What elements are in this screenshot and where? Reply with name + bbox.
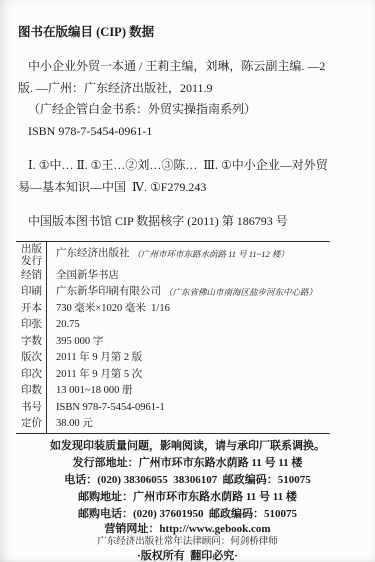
row-value: 2011 年 9 月第 5 次 [47,367,142,384]
table-row-printer: 印刷 广东新华印刷有限公司（广东省佛山市南海区盐步河东中心路） [16,284,330,301]
table-row-sheets: 印张 20.75 [16,317,330,334]
row-note: （广东省佛山市南海区盐步河东中心路） [164,284,317,301]
row-label: 印刷 [16,284,47,301]
classification-paragraph: Ⅰ. ①中… Ⅱ. ①王…②刘…③陈… Ⅲ. ①中小企业—对外贸 易—基本知识—… [18,155,361,198]
footer-line-distribution-address: 发行部地址：广州市环市东路水荫路 11 号 11 楼 [0,455,375,472]
footer-line-quality-notice: 如发现印装质量问题，影响阅读，请与承印厂联系调换。 [0,438,375,455]
row-label: 定价 [16,416,47,433]
row-label: 开本 [16,301,47,318]
row-label: 印张 [16,317,47,334]
row-value-text: 20.75 [56,317,80,334]
table-row-word-count: 字数 395 000 字 [16,334,330,351]
footer-section: 如发现印装质量问题，影响阅读，请与承印厂联系调换。 发行部地址：广州市环市东路水… [0,438,375,562]
row-value: 20.75 [47,317,80,334]
row-value: 13 001~18 000 册 [47,383,133,400]
row-value: 全国新华书店 [47,268,119,285]
row-label: 字数 [16,334,47,351]
row-value-text: 2011 年 9 月第 2 版 [56,350,142,367]
row-value: 广东新华印刷有限公司（广东省佛山市南海区盐步河东中心路） [47,284,317,301]
book-title-line: 中小企业外贸一本通 / 王莉主编，刘琳，陈云副主编. —2 [18,56,361,78]
row-value: 广东经济出版社（广州市环市东路水荫路 11 号 11~12 楼） [47,242,289,268]
row-value-text: 38.00 元 [56,416,93,433]
footer-line-mail-order-address: 邮购地址：广州市环市东路水荫路 11 号 11 楼 [0,489,375,506]
table-row-distributor: 经销 全国新华书店 [16,268,330,285]
table-row-format: 开本 730 毫米×1020 毫米 1/16 [16,301,330,318]
row-value: 730 毫米×1020 毫米 1/16 [47,301,170,318]
table-row-impression: 印次 2011 年 9 月第 5 次 [16,367,330,384]
row-value-text: 13 001~18 000 册 [56,383,133,400]
table-row-edition: 版次 2011 年 9 月第 2 版 [16,350,330,367]
row-value-text: 广东经济出版社 [56,246,130,263]
row-value-text: 730 毫米×1020 毫米 1/16 [56,301,170,318]
row-value-text: 广东新华印刷有限公司 [56,284,161,301]
cip-data-section: 图书在版编目 (CIP) 数据 中小企业外贸一本通 / 王莉主编，刘琳，陈云副主… [0,0,375,233]
footer-line-mail-order-phone: 邮购电话：(020) 37601950 邮政编码：510075 [0,506,375,523]
cip-record-paragraph: 中小企业外贸一本通 / 王莉主编，刘琳，陈云副主编. —2 版. —广州：广东经… [18,56,361,142]
row-label: 印次 [16,367,47,384]
row-value: ISBN 978-7-5454-0961-1 [47,400,165,417]
row-value-text: 395 000 字 [56,334,103,351]
row-label: 版次 [16,350,47,367]
footer-line-website: 营销网址：http://www.gebook.com [0,523,375,537]
classification-line-1: Ⅰ. ①中… Ⅱ. ①王…②刘…③陈… Ⅲ. ①中小企业—对外贸 [18,155,361,177]
row-label: 书号 [16,400,47,417]
row-note: （广州市环市东路水荫路 11 号 11~12 楼） [133,246,289,263]
registry-paragraph: 中国版本图书馆 CIP 数据核字 (2011) 第 186793 号 [18,211,361,233]
row-label: 出版发行 [16,242,47,268]
table-row-publisher: 出版发行 广东经济出版社（广州市环市东路水荫路 11 号 11~12 楼） [16,242,330,268]
row-value: 38.00 元 [47,416,93,433]
row-value-text: 2011 年 9 月第 5 次 [56,367,142,384]
cip-heading: 图书在版编目 (CIP) 数据 [18,24,361,41]
series-line: （广经企管白金书系：外贸实操指南系列） [18,99,361,121]
copyright-page: 图书在版编目 (CIP) 数据 中小企业外贸一本通 / 王莉主编，刘琳，陈云副主… [0,0,375,562]
row-value: 2011 年 9 月第 2 版 [47,350,142,367]
table-row-isbn: 书号 ISBN 978-7-5454-0961-1 [16,400,330,417]
isbn-line: ISBN 978-7-5454-0961-1 [18,121,361,143]
table-row-print-run: 印数 13 001~18 000 册 [16,383,330,400]
publisher-line: 版. —广州：广东经济出版社，2011.9 [18,78,361,100]
publication-info-table: 出版发行 广东经济出版社（广州市环市东路水荫路 11 号 11~12 楼） 经销… [16,241,330,434]
row-label: 印数 [16,383,47,400]
row-value-text: 全国新华书店 [56,268,119,285]
row-value: 395 000 字 [47,334,103,351]
classification-line-2: 易—基本知识—中国 Ⅳ. ①F279.243 [18,177,361,199]
row-value-text: ISBN 978-7-5454-0961-1 [56,400,165,417]
cip-registry-line: 中国版本图书馆 CIP 数据核字 (2011) 第 186793 号 [18,211,361,233]
footer-line-legal-advisor: 广东经济出版社常年法律顾问：何剑桥律师 [0,536,375,550]
row-label: 经销 [16,268,47,285]
footer-line-copyright: ·版权所有 翻印必究· [0,550,375,562]
table-row-price: 定价 38.00 元 [16,416,330,433]
footer-line-phone: 电话：(020) 38306055 38306107 邮政编码：510075 [0,472,375,489]
